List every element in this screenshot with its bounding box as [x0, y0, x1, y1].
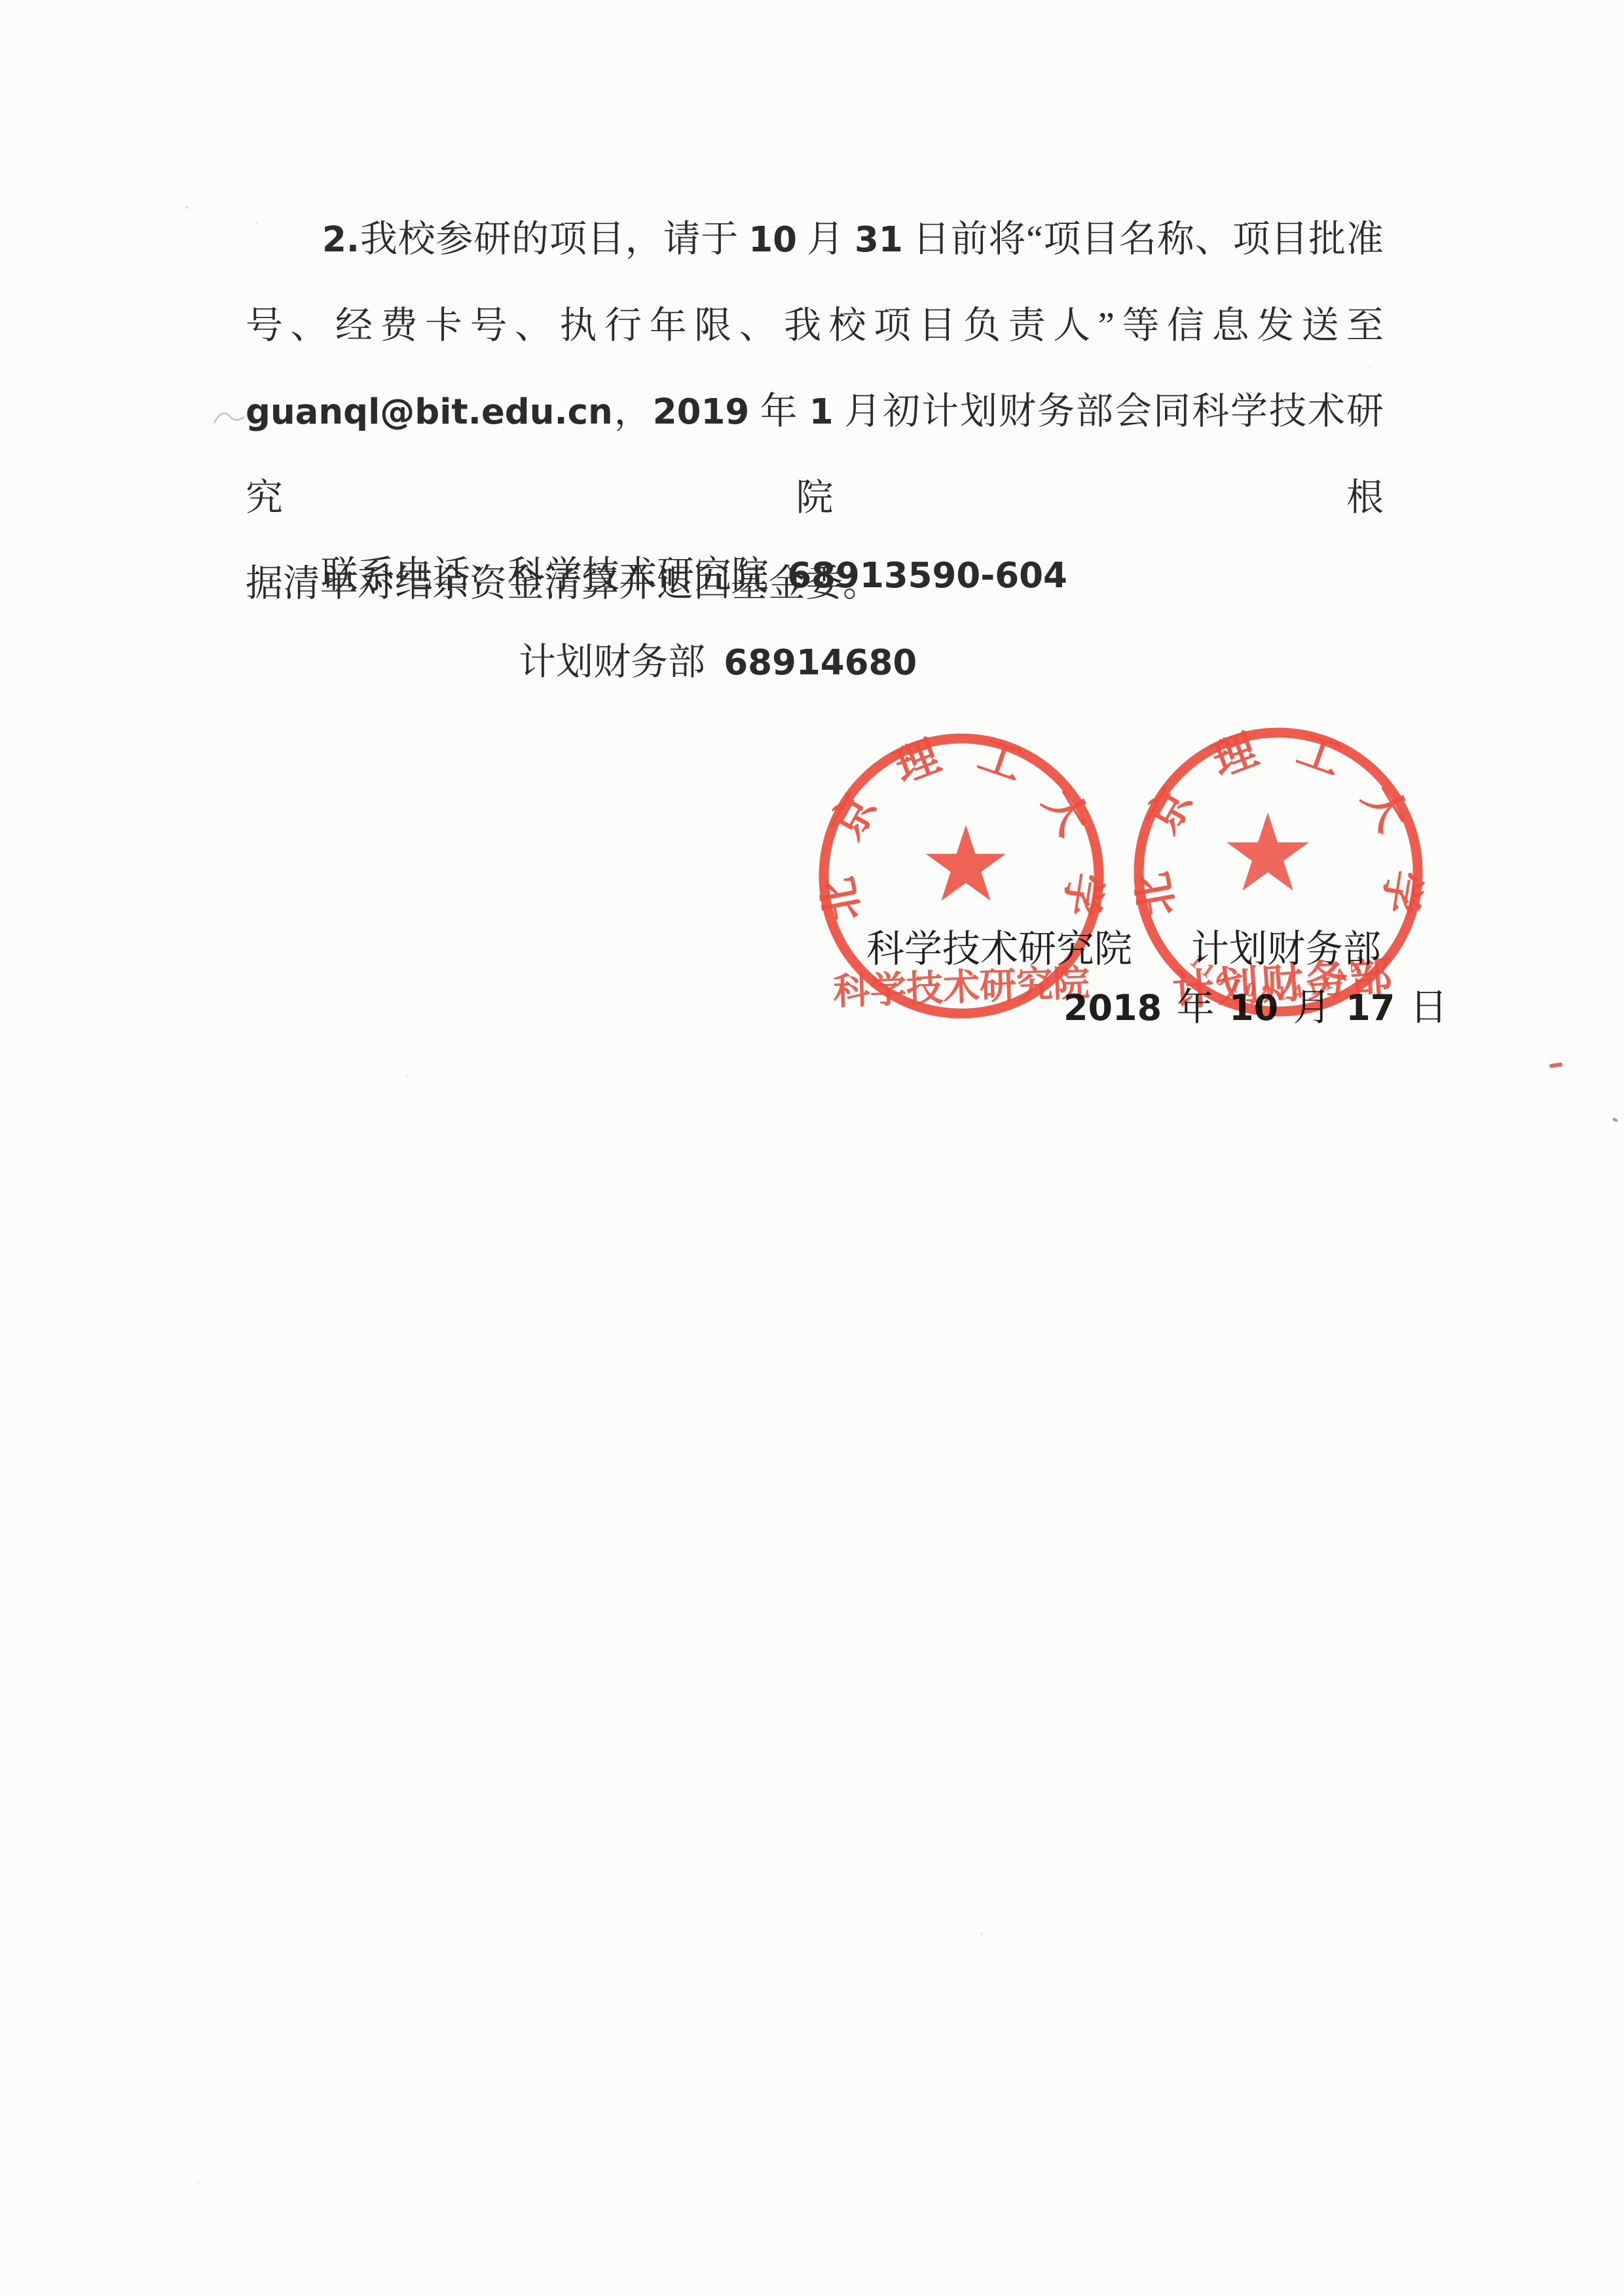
body-line-1: 2.我校参研的项目，请于 10 月 31 日前将“项目名称、项目批准	[246, 196, 1384, 283]
seal-star-icon	[926, 825, 1006, 901]
scan-speck	[406, 1075, 409, 1077]
seal-dept-text: 科学技术研究院	[832, 963, 1090, 1013]
seal-star-icon	[1227, 812, 1309, 890]
scan-speck	[593, 1460, 595, 1462]
scan-speck	[1369, 367, 1371, 369]
contact-phone-line-1: 联系电话：科学技术研究院 68913590-604	[321, 556, 1067, 595]
seal-arc-text: 北京理工大学	[1129, 725, 1428, 920]
scan-artifact-red-mark	[1549, 1063, 1563, 1068]
body-line-3: guanql@bit.edu.cn，2019 年 1 月初计划财务部会同科学技术…	[246, 369, 1384, 541]
official-seal-finance: 北京理工大学 计划财务部 110108141144	[1122, 716, 1434, 1028]
scan-artifact-squiggle	[213, 407, 247, 431]
scanned-document-page: 2.我校参研的项目，请于 10 月 31 日前将“项目名称、项目批准 号、经费卡…	[0, 0, 1624, 2296]
body-line-2: 号、经费卡号、执行年限、我校项目负责人”等信息发送至	[246, 283, 1384, 369]
scan-speck	[185, 206, 189, 209]
scan-speck	[196, 2181, 199, 2183]
contact-phone-line-2: 计划财务部 68914680	[519, 643, 917, 682]
scan-speck	[1612, 1117, 1618, 1123]
official-seal-science-tech: 北京理工大学 科学技术研究院	[809, 724, 1113, 1028]
scan-speck	[980, 1933, 983, 1935]
seal-arc-text: 北京理工大学	[814, 731, 1109, 924]
scan-speck	[255, 221, 258, 224]
